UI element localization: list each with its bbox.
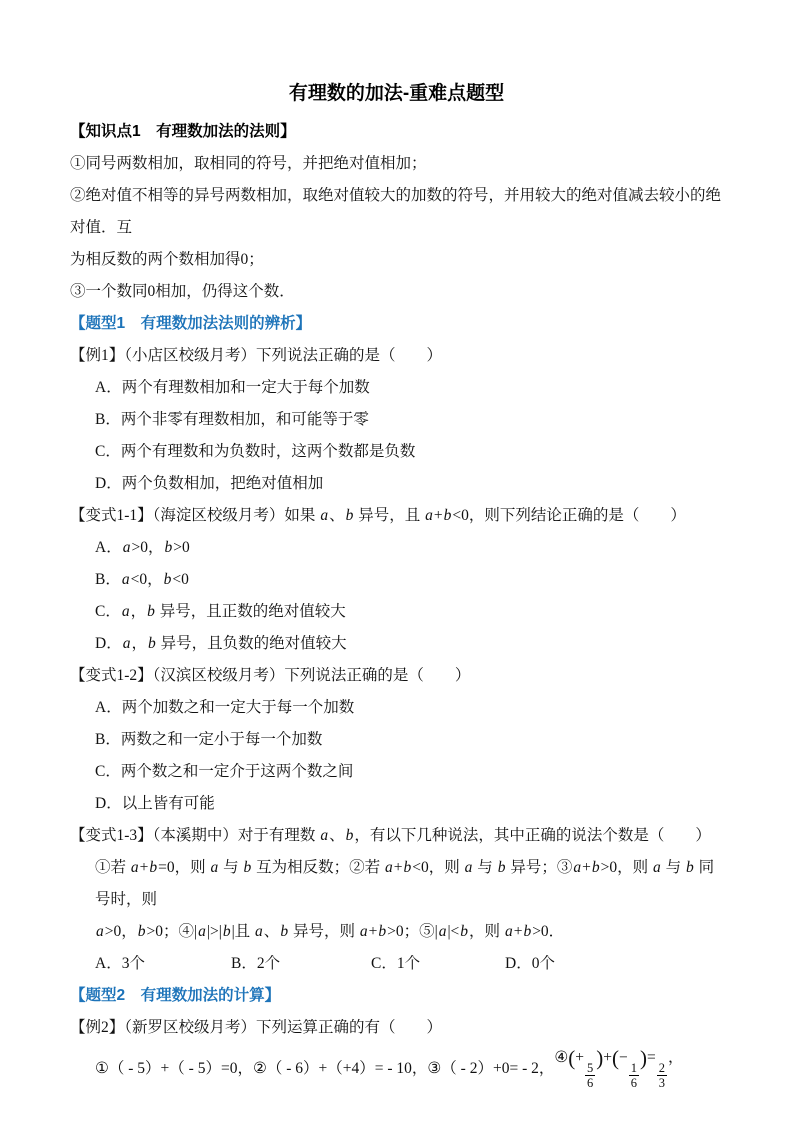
example1-stem-text: （小店区校级月考）下列说法正确的是（ ） — [124, 347, 442, 364]
variant-1-3-count-option-a: A．3个 — [95, 948, 231, 980]
variant-1-2-option-d: D．以上皆有可能 — [70, 788, 723, 820]
variant-1-1-option-d: D．a，b 异号，且负数的绝对值较大 — [70, 628, 723, 660]
variant-1-1-label: 【变式1-1】 — [70, 507, 153, 524]
variant-1-1-option-b: B．a<0，b<0 — [70, 564, 723, 596]
variant-1-3-label: 【变式1-3】 — [70, 827, 153, 844]
example2-stem: 【例2】（新罗区校级月考）下列运算正确的有（ ） — [70, 1012, 723, 1044]
variant-1-3-statements-line-2: a>0，b>0；④|a|>|b|且 a、b 异号，则 a+b>0；⑤|a|<b，… — [70, 916, 723, 948]
variant-1-3-count-option-c: C．1个 — [371, 948, 505, 980]
example1-label: 【例1】 — [70, 347, 124, 364]
variant-1-1-option-a: A．a>0，b>0 — [70, 532, 723, 564]
fraction-five-sixths: 56 — [585, 1061, 595, 1090]
variant-1-1-stem-text: （海淀区校级月考）如果 a、b 异号，且 a+b<0，则下列结论正确的是（ ） — [153, 507, 686, 524]
example1-option-c: C．两个有理数和为负数时，这两个数都是负数 — [70, 436, 723, 468]
example1-stem: 【例1】（小店区校级月考）下列说法正确的是（ ） — [70, 340, 723, 372]
equals-sign: = — [647, 1049, 656, 1066]
variant-1-3-statements-line-1: ①若 a+b=0，则 a 与 b 互为相反数；②若 a+b<0，则 a 与 b … — [70, 852, 723, 916]
topic1-heading: 【题型1 有理数加法法则的辨析】 — [70, 308, 723, 340]
example2-formula-2: ②（ - 6）+（+4）= - 10， — [253, 1056, 427, 1078]
example2-stem-text: （新罗区校级月考）下列运算正确的有（ ） — [124, 1019, 442, 1036]
knowledge-point-rule-2-cont: 为相反数的两个数相加得0； — [70, 244, 723, 276]
variant-1-3-count-options: A．3个 B．2个 C．1个 D．0个 — [70, 948, 723, 980]
example1-option-d: D．两个负数相加，把绝对值相加 — [70, 468, 723, 500]
example2-formula-line: ①（ - 5）+（ - 5）=0， ②（ - 6）+（+4）= - 10， ③（… — [70, 1044, 723, 1090]
variant-1-2-label: 【变式1-2】 — [70, 667, 153, 684]
example2-formula-3: ③（ - 2）+0= - 2， — [427, 1056, 554, 1078]
close-paren-2: ) — [640, 1046, 647, 1070]
open-paren-2: ( — [612, 1046, 619, 1070]
page-title: 有理数的加法-重难点题型 — [70, 79, 723, 109]
variant-1-2-option-a: A．两个加数之和一定大于每一个加数 — [70, 692, 723, 724]
example1-option-a: A．两个有理数相加和一定大于每个加数 — [70, 372, 723, 404]
topic2-heading: 【题型2 有理数加法的计算】 — [70, 980, 723, 1012]
fraction-one-sixth: 16 — [629, 1061, 639, 1090]
variant-1-2-option-c: C．两个数之和一定介于这两个数之间 — [70, 756, 723, 788]
plus-sign: + — [575, 1049, 584, 1066]
circled-four: ④ — [554, 1049, 568, 1066]
variant-1-3-stem-text: （本溪期中）对于有理数 a、b，有以下几种说法，其中正确的说法个数是（ ） — [153, 827, 711, 844]
knowledge-point-rule-2: ②绝对值不相等的异号两数相加，取绝对值较大的加数的符号，并用较大的绝对值减去较小… — [70, 180, 723, 244]
variant-1-1-stem: 【变式1-1】（海淀区校级月考）如果 a、b 异号，且 a+b<0，则下列结论正… — [70, 500, 723, 532]
variant-1-2-stem: 【变式1-2】（汉滨区校级月考）下列说法正确的是（ ） — [70, 660, 723, 692]
variant-1-3-stem: 【变式1-3】（本溪期中）对于有理数 a、b，有以下几种说法，其中正确的说法个数… — [70, 820, 723, 852]
variant-1-3-count-option-d: D．0个 — [505, 948, 555, 980]
example2-formula-4: ④(+56)+(−16)=23， — [554, 1045, 683, 1090]
knowledge-point-rule-1: ①同号两数相加，取相同的符号，并把绝对值相加； — [70, 148, 723, 180]
variant-1-1-option-c: C．a，b 异号，且正数的绝对值较大 — [70, 596, 723, 628]
fraction-two-thirds: 23 — [657, 1061, 667, 1090]
example2-formula-1: ①（ - 5）+（ - 5）=0， — [95, 1056, 253, 1078]
example2-label: 【例2】 — [70, 1019, 124, 1036]
variant-1-3-count-option-b: B．2个 — [231, 948, 371, 980]
document-page: 有理数的加法-重难点题型 【知识点1 有理数加法的法则】 ①同号两数相加，取相同… — [0, 0, 793, 1122]
plus-operator: + — [603, 1049, 612, 1066]
minus-sign: − — [619, 1049, 628, 1066]
variant-1-2-option-b: B．两数之和一定小于每一个加数 — [70, 724, 723, 756]
knowledge-point-heading: 【知识点1 有理数加法的法则】 — [70, 116, 723, 148]
trailing-comma: ， — [668, 1049, 684, 1066]
variant-1-2-stem-text: （汉滨区校级月考）下列说法正确的是（ ） — [153, 667, 471, 684]
example1-option-b: B．两个非零有理数相加，和可能等于零 — [70, 404, 723, 436]
knowledge-point-rule-3: ③一个数同0相加，仍得这个数． — [70, 276, 723, 308]
